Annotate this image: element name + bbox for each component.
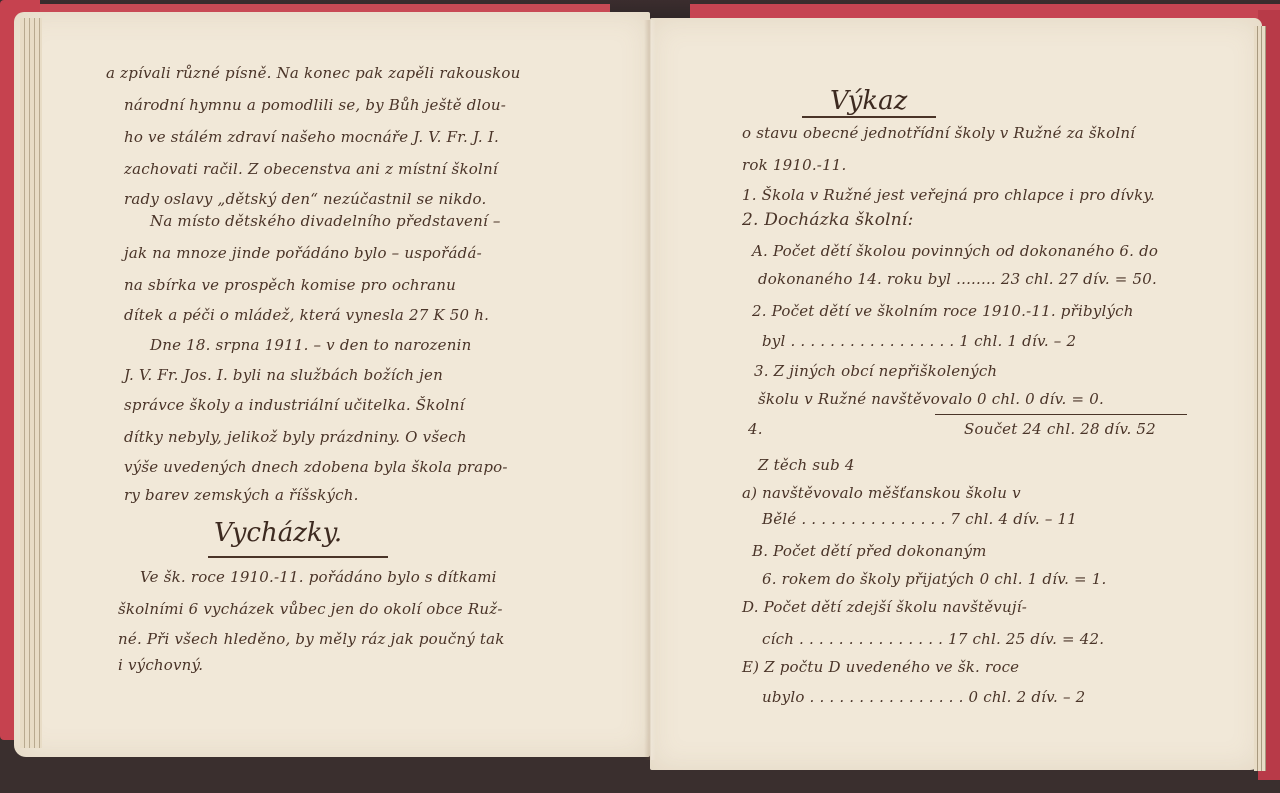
heading-underline xyxy=(802,116,936,118)
report-heading: Výkaz xyxy=(830,86,907,116)
text-line: výše uvedených dnech zdobena byla škola … xyxy=(124,458,508,476)
report-item: 2. Docházka školní: xyxy=(742,210,914,230)
text-line: dítky nebyly, jelikož byly prázdniny. O … xyxy=(124,428,467,446)
report-item: a) navštěvovalo měšťanskou školu v xyxy=(742,484,1021,502)
text-line: školními 6 vycházek vůbec jen do okolí o… xyxy=(118,600,503,618)
text-line: a zpívali různé písně. Na konec pak zapě… xyxy=(106,64,521,82)
text-line: rady oslavy „dětský den“ nezúčastnil se … xyxy=(124,190,486,208)
report-item: 4. xyxy=(748,420,763,438)
text-line: dítek a péči o mládež, která vynesla 27 … xyxy=(124,306,489,324)
report-item: B. Počet dětí před dokonaným xyxy=(752,542,987,560)
report-item: Z těch sub 4 xyxy=(758,456,855,474)
report-item: ubylo . . . . . . . . . . . . . . . . 0 … xyxy=(762,688,1085,706)
text-line: zachovati račil. Z obecenstva ani z míst… xyxy=(124,160,498,178)
section-heading: Vycházky. xyxy=(214,518,342,548)
report-item: 6. rokem do školy přijatých 0 chl. 1 dív… xyxy=(762,570,1107,588)
text-line: ho ve stálém zdraví našeho mocnáře J. V.… xyxy=(124,128,499,146)
text-line: Ve šk. roce 1910.-11. pořádáno bylo s dí… xyxy=(140,568,497,586)
text-line: J. V. Fr. Jos. I. byli na službách božíc… xyxy=(124,366,443,384)
sum-total: Součet 24 chl. 28 dív. 52 xyxy=(964,420,1156,438)
text-line: Dne 18. srpna 1911. – v den to narozenin xyxy=(150,336,471,354)
text-line: jak na mnoze jinde pořádáno bylo – uspoř… xyxy=(124,244,482,262)
book-gutter xyxy=(644,20,656,760)
text-line: rok 1910.-11. xyxy=(742,156,847,174)
text-line: i výchovný. xyxy=(118,656,203,674)
report-item: A. Počet dětí školou povinných od dokona… xyxy=(752,242,1158,260)
page-stack-left xyxy=(20,18,42,748)
report-item: Bělé . . . . . . . . . . . . . . . 7 chl… xyxy=(762,510,1077,528)
text-line: ry barev zemských a říšských. xyxy=(124,486,359,504)
report-item: 3. Z jiných obcí nepřiškolených xyxy=(754,362,997,380)
report-item: školu v Ružné navštěvovalo 0 chl. 0 dív.… xyxy=(758,390,1104,408)
report-item: dokonaného 14. roku byl ........ 23 chl.… xyxy=(758,270,1157,288)
text-line: Na místo dětského divadelního představen… xyxy=(150,212,501,230)
report-item: byl . . . . . . . . . . . . . . . . . 1 … xyxy=(762,332,1076,350)
heading-underline xyxy=(208,556,388,558)
report-item: E) Z počtu D uvedeného ve šk. roce xyxy=(742,658,1019,676)
report-item: D. Počet dětí zdejší školu navštěvují- xyxy=(742,598,1027,616)
text-line: národní hymnu a pomodlili se, by Bůh ješ… xyxy=(124,96,506,114)
text-line: né. Při všech hleděno, by měly ráz jak p… xyxy=(118,630,505,648)
text-line: správce školy a industriální učitelka. Š… xyxy=(124,396,465,414)
text-line: na sbírka ve prospěch komise pro ochranu xyxy=(124,276,456,294)
sum-rule xyxy=(935,414,1187,415)
text-line: o stavu obecné jednotřídní školy v Ružné… xyxy=(742,124,1135,142)
report-item: 1. Škola v Ružné jest veřejná pro chlapc… xyxy=(742,186,1155,204)
report-item: cích . . . . . . . . . . . . . . . 17 ch… xyxy=(762,630,1104,648)
report-item: 2. Počet dětí ve školním roce 1910.-11. … xyxy=(752,302,1134,320)
page-stack-right xyxy=(1254,26,1266,771)
